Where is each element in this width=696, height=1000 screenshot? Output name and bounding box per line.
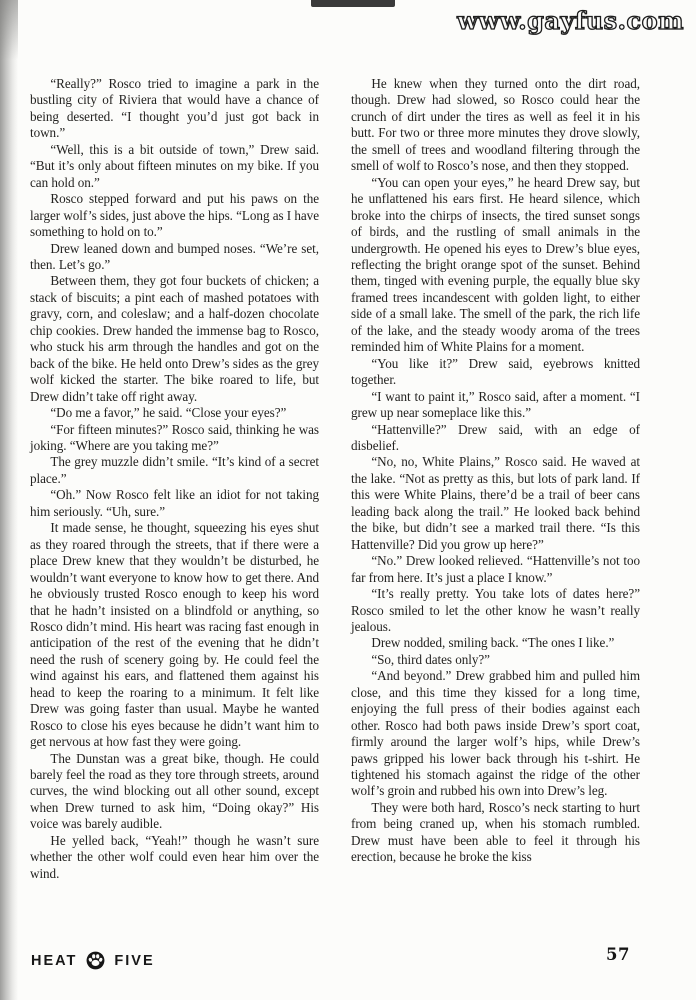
scan-artifact-bar <box>311 0 395 7</box>
footer-series-title: HEAT FIVE <box>31 951 155 970</box>
paragraph: “For fifteen minutes?” Rosco said, think… <box>30 422 319 455</box>
paragraph: “You can open your eyes,” he heard Drew … <box>351 175 640 356</box>
right-column: He knew when they turned onto the dirt r… <box>351 76 640 882</box>
series-title-five: FIVE <box>114 953 154 969</box>
paragraph: “You like it?” Drew said, eyebrows knitt… <box>351 356 640 389</box>
series-title-heat: HEAT <box>31 953 77 969</box>
paragraph: “Really?” Rosco tried to imagine a park … <box>30 76 319 142</box>
paragraph: It made sense, he thought, squeezing his… <box>30 520 319 750</box>
paw-icon <box>86 951 105 970</box>
paragraph: “And beyond.” Drew grabbed him and pulle… <box>351 668 640 800</box>
story-text: “Really?” Rosco tried to imagine a park … <box>30 76 640 882</box>
paragraph: “It’s really pretty. You take lots of da… <box>351 586 640 635</box>
paragraph: He knew when they turned onto the dirt r… <box>351 76 640 175</box>
paragraph: Drew leaned down and bumped noses. “We’r… <box>30 241 319 274</box>
paragraph: The Dunstan was a great bike, though. He… <box>30 751 319 833</box>
paragraph: The grey muzzle didn’t smile. “It’s kind… <box>30 454 319 487</box>
paragraph: “No, no, White Plains,” Rosco said. He w… <box>351 454 640 553</box>
page-binding-shadow <box>0 0 18 1000</box>
paragraph: “Oh.” Now Rosco felt like an idiot for n… <box>30 487 319 520</box>
paragraph: He yelled back, “Yeah!” though he wasn’t… <box>30 833 319 882</box>
paragraph: “Well, this is a bit outside of town,” D… <box>30 142 319 191</box>
paragraph: “So, third dates only?” <box>351 652 640 668</box>
page-number: 57 <box>606 945 630 964</box>
watermark-text: www.gayfus.com <box>457 6 684 35</box>
paragraph: “I want to paint it,” Rosco said, after … <box>351 389 640 422</box>
paragraph: Between them, they got four buckets of c… <box>30 273 319 405</box>
paragraph: “Do me a favor,” he said. “Close your ey… <box>30 405 319 421</box>
paragraph: Drew nodded, smiling back. “The ones I l… <box>351 635 640 651</box>
paragraph: “Hattenville?” Drew said, with an edge o… <box>351 422 640 455</box>
paragraph: “No.” Drew looked relieved. “Hattenville… <box>351 553 640 586</box>
left-column: “Really?” Rosco tried to imagine a park … <box>30 76 319 882</box>
paragraph: Rosco stepped forward and put his paws o… <box>30 191 319 240</box>
paragraph: They were both hard, Rosco’s neck starti… <box>351 800 640 866</box>
